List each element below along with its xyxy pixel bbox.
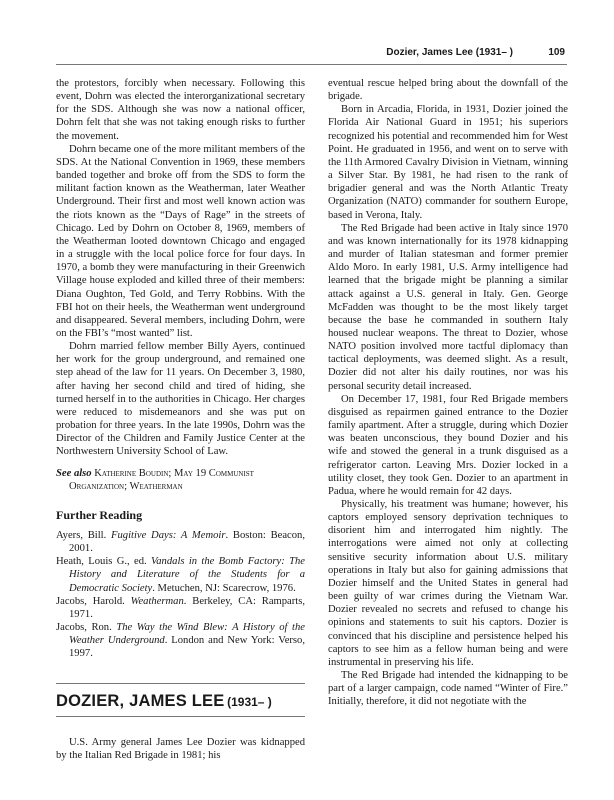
running-title: Dozier, James Lee (1931– ) — [386, 47, 513, 58]
reference-item: Jacobs, Ron. The Way the Wind Blew: A Hi… — [56, 621, 305, 660]
page-number: 109 — [548, 47, 565, 58]
paragraph: eventual rescue helped bring about the d… — [328, 77, 568, 103]
paragraph: Physically, his treatment was humane; ho… — [328, 498, 568, 669]
paragraph: the protestors, forcibly when necessary.… — [56, 77, 305, 143]
paragraph: Born in Arcadia, Florida, in 1931, Dozie… — [328, 103, 568, 221]
paragraph: U.S. Army general James Lee Dozier was k… — [56, 736, 305, 762]
see-also-label: See also — [56, 468, 92, 479]
further-reading-heading: Further Reading — [56, 509, 305, 522]
reference-item: Ayers, Bill. Fugitive Days: A Memoir. Bo… — [56, 529, 305, 555]
reference-item: Jacobs, Harold. Weatherman. Berkeley, CA… — [56, 595, 305, 621]
right-column: eventual rescue helped bring about the d… — [328, 77, 568, 709]
entry-dates: (1931– ) — [227, 695, 272, 709]
entry-heading: DOZIER, JAMES LEE (1931– ) — [56, 683, 305, 717]
running-header: Dozier, James Lee (1931– ) 109 — [56, 44, 567, 65]
entry-name: DOZIER, JAMES LEE — [56, 692, 224, 710]
reference-item: Heath, Louis G., ed. Vandals in the Bomb… — [56, 555, 305, 594]
paragraph: The Red Brigade had intended the kidnapp… — [328, 669, 568, 708]
paragraph: Dohrn became one of the more militant me… — [56, 143, 305, 340]
see-also: See also Katherine Boudin; May 19 Commun… — [56, 467, 305, 493]
see-also-links[interactable]: Katherine Boudin; May 19 Communist Organ… — [69, 468, 254, 492]
left-column: the protestors, forcibly when necessary.… — [56, 77, 305, 762]
paragraph: The Red Brigade had been active in Italy… — [328, 222, 568, 393]
paragraph: Dohrn married fellow member Billy Ayers,… — [56, 340, 305, 458]
paragraph: On December 17, 1981, four Red Brigade m… — [328, 393, 568, 498]
